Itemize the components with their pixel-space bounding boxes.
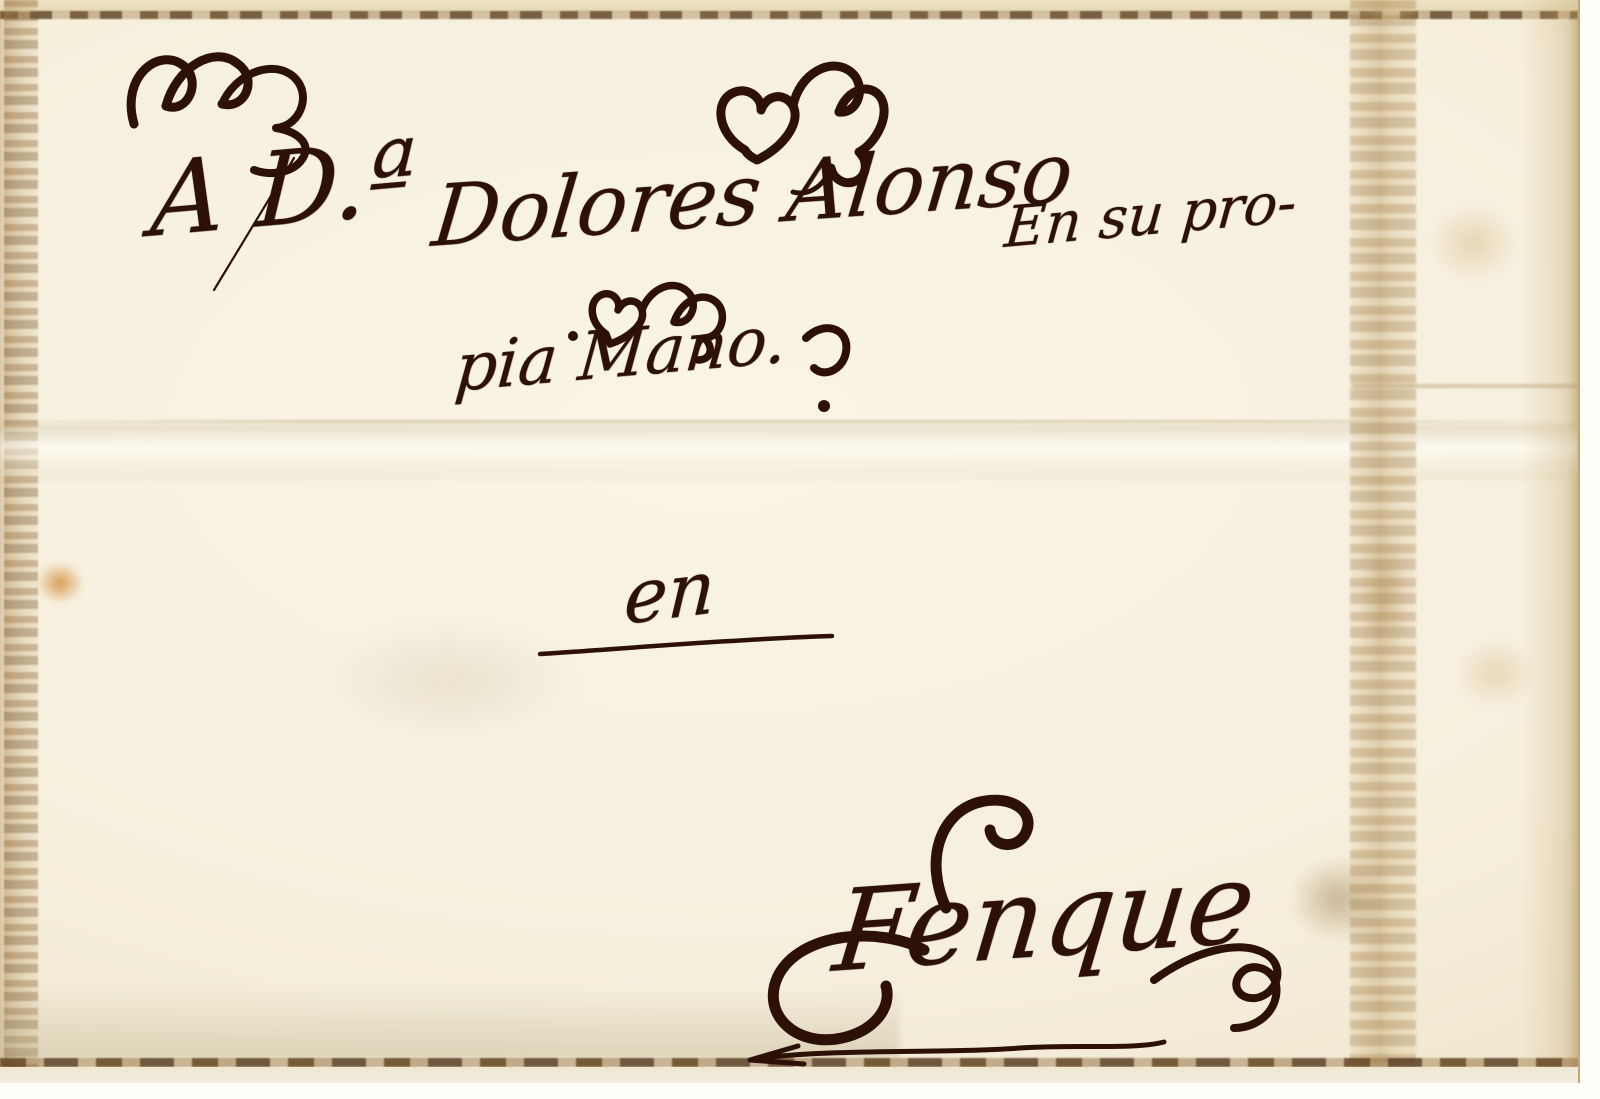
- top-folded-edge: [0, 0, 1578, 12]
- destination-underline-stroke-icon: [740, 1028, 1172, 1074]
- letter-sheet: A D.ª Dolores Alonso En su pro- pia Mano…: [0, 0, 1580, 1083]
- right-edge-shading: [1522, 0, 1578, 1083]
- right-vertical-fold: [1350, 0, 1416, 1083]
- address-honorific: A D.ª: [148, 118, 418, 261]
- left-crease-line: [4, 0, 38, 1083]
- top-crease-line: [0, 11, 1578, 19]
- middle-fold-line: [0, 420, 1578, 423]
- preposition-en: en: [622, 544, 717, 642]
- middle-fold-band: [0, 424, 1578, 480]
- ink-smudge-stain: [1290, 856, 1386, 942]
- foxing-stain: [1430, 205, 1516, 281]
- scanned-letter-page: { "document": { "kind": "Scanned handwri…: [0, 0, 1600, 1099]
- foxing-stain: [1458, 640, 1534, 706]
- en-underline-stroke-icon: [536, 630, 838, 660]
- after-mano-hook-flourish-icon: [792, 318, 864, 430]
- rust-stain: [36, 562, 84, 604]
- right-faint-horizontal-crease: [1352, 384, 1578, 388]
- destination-tail-flourish-icon: [1148, 916, 1300, 1042]
- fold-discoloration: [1366, 520, 1406, 670]
- delivery-note-line2: pia Mano.: [452, 300, 790, 407]
